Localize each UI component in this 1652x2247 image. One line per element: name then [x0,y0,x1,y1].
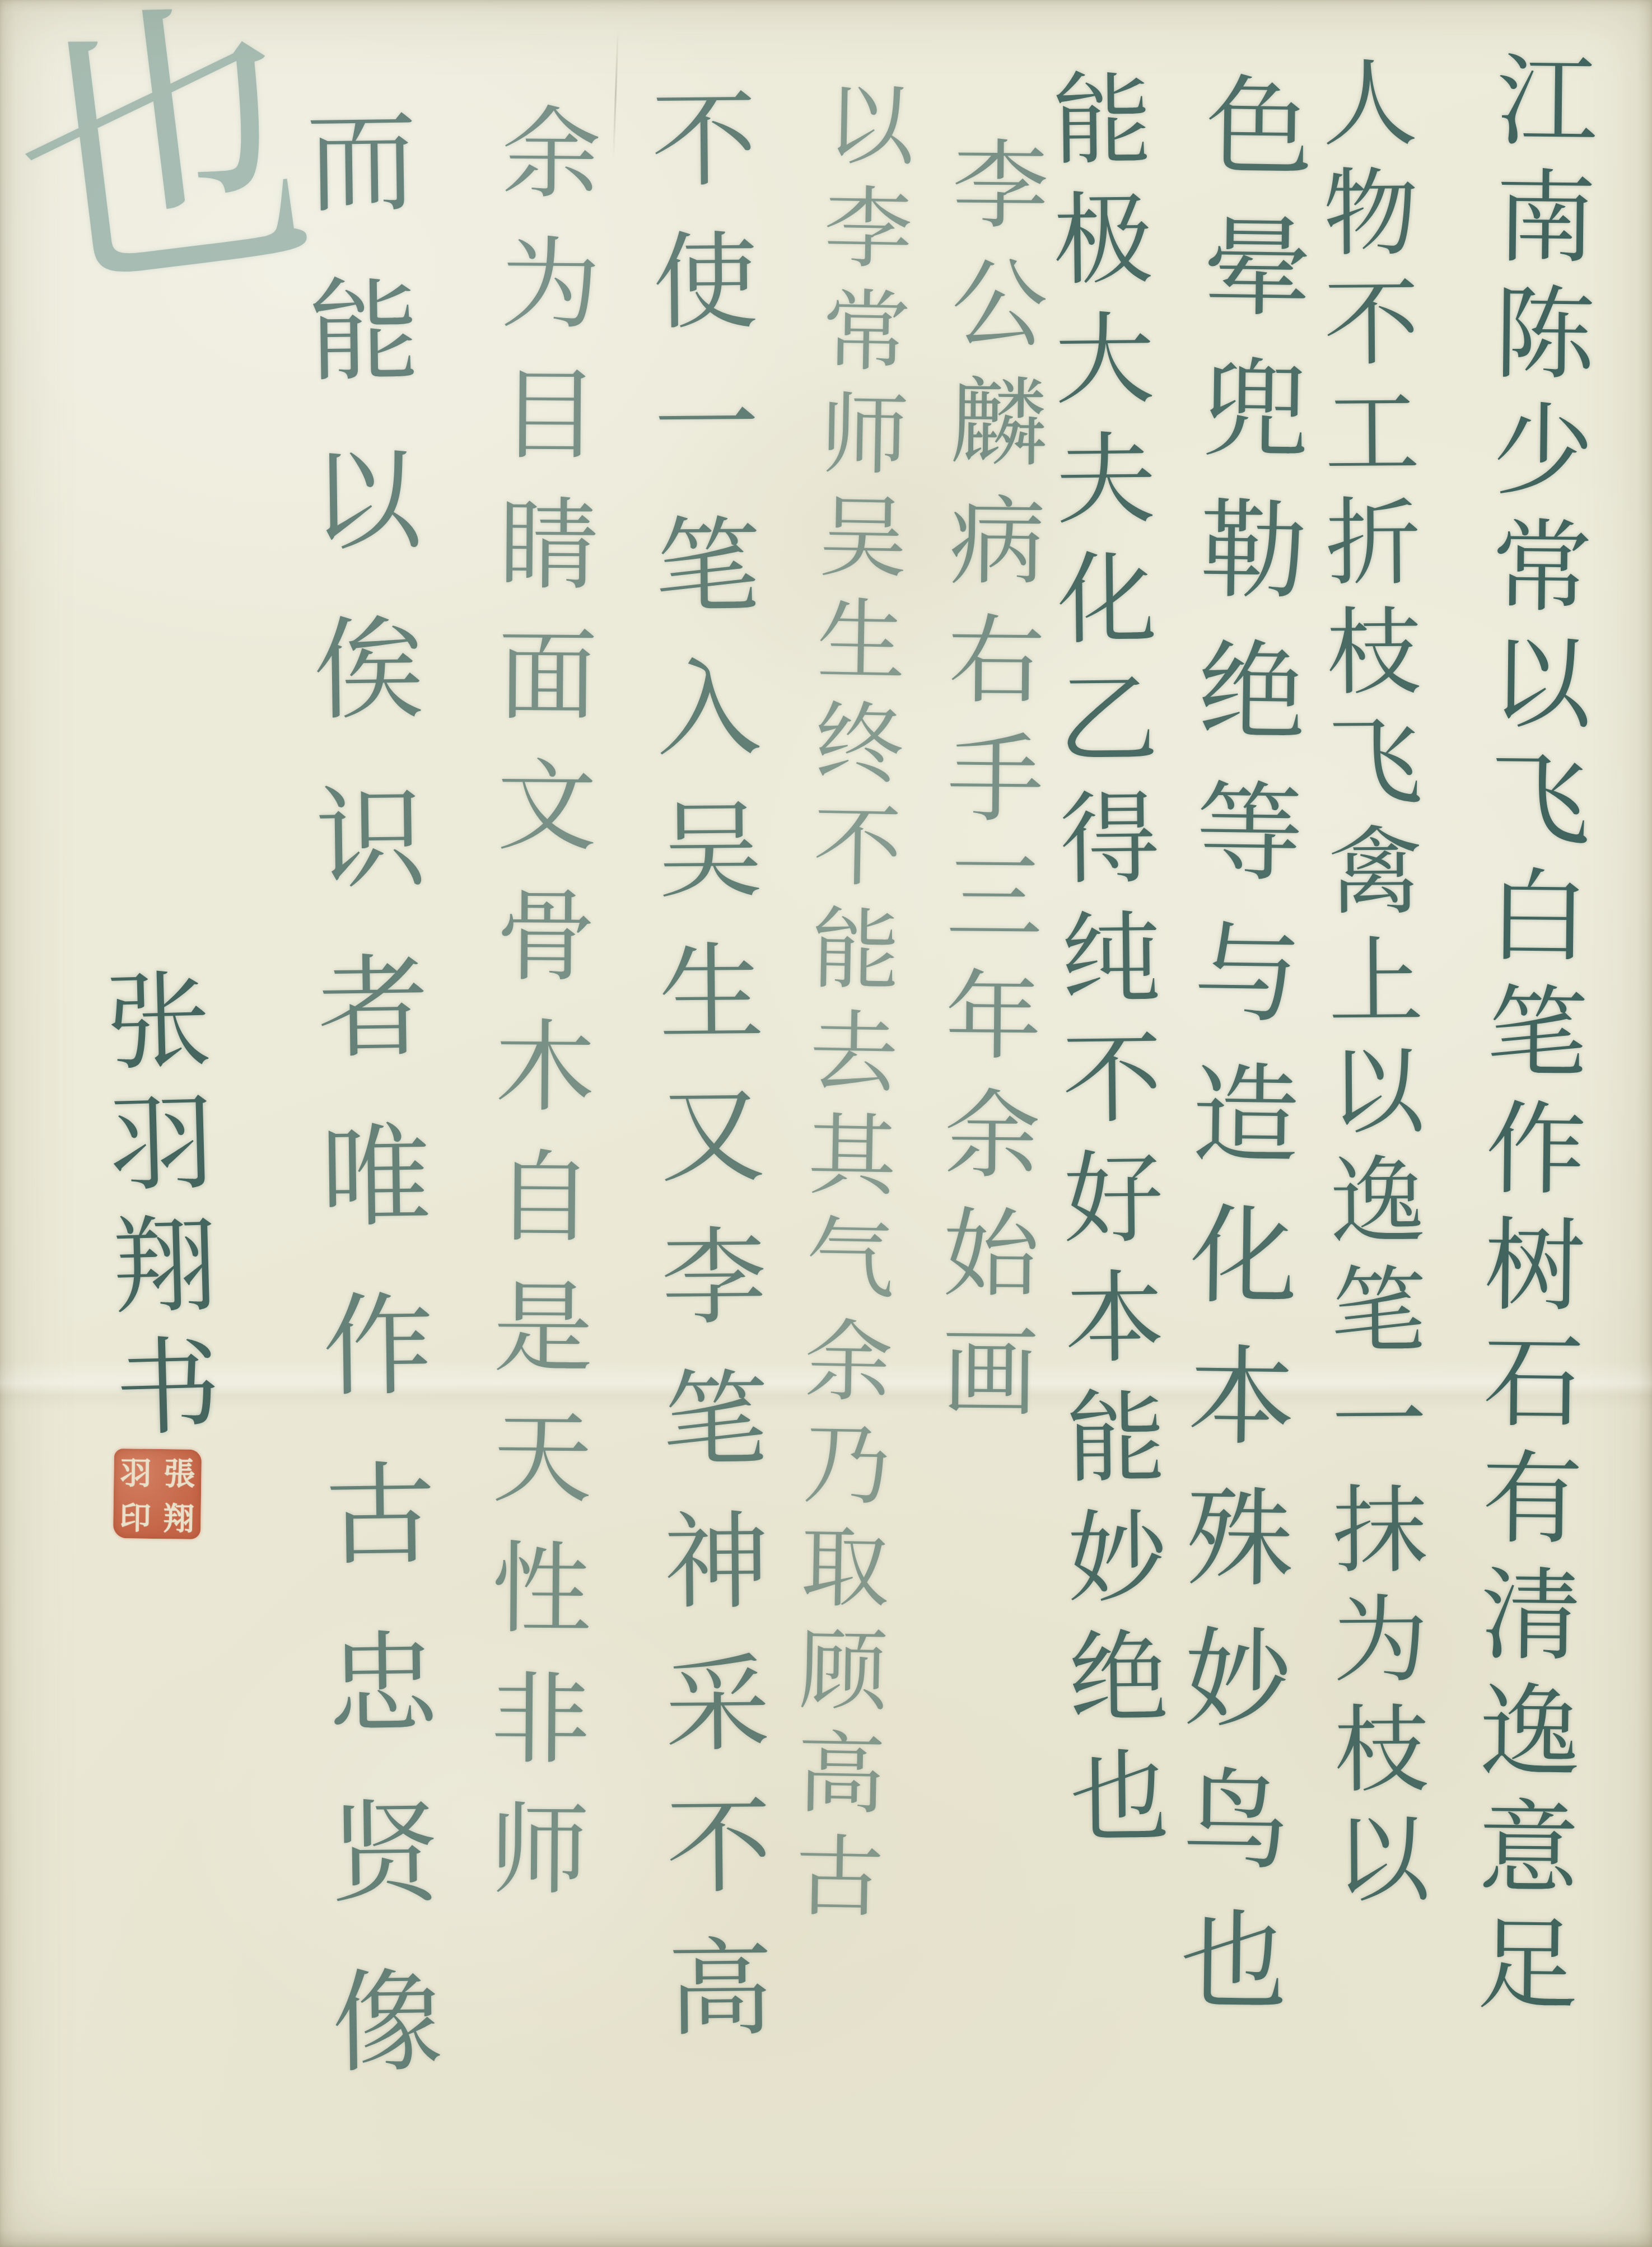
calligraphy-column-8: 余为目睛面文骨木自是天性非师 [459,100,615,1928]
seal-character-3: 翔 [157,1494,201,1539]
final-character-flourish: 也 [0,0,324,314]
artist-signature: 张羽翔书 [72,964,236,1456]
calligraphy-column-9: 而能以俟识者唯作古忠贤像 [272,102,460,2134]
artist-seal: 張 羽 翔 印 [113,1449,202,1539]
calligraphy-column-1: 江南陈少常以飞白笔作树石有清逸意足 [1445,47,1611,2029]
seal-character-1: 張 [157,1449,202,1494]
calligraphy-column-7: 不使一笔入吴生又李笔神采不高 [618,83,787,2076]
calligraphy-column-6: 以李常师吴生终不能去其气余乃取顾高古 [768,77,927,1933]
paper-background: 江南陈少常以飞白笔作树石有清逸意足 人物不工折枝飞禽上以逸笔一抹为枝以 色晕兜勒… [0,0,1652,2247]
seal-character-2: 羽 [114,1449,158,1494]
calligraphy-column-5: 李公麟病右手三年余始画 [913,134,1062,1441]
seal-character-4: 印 [113,1493,157,1539]
